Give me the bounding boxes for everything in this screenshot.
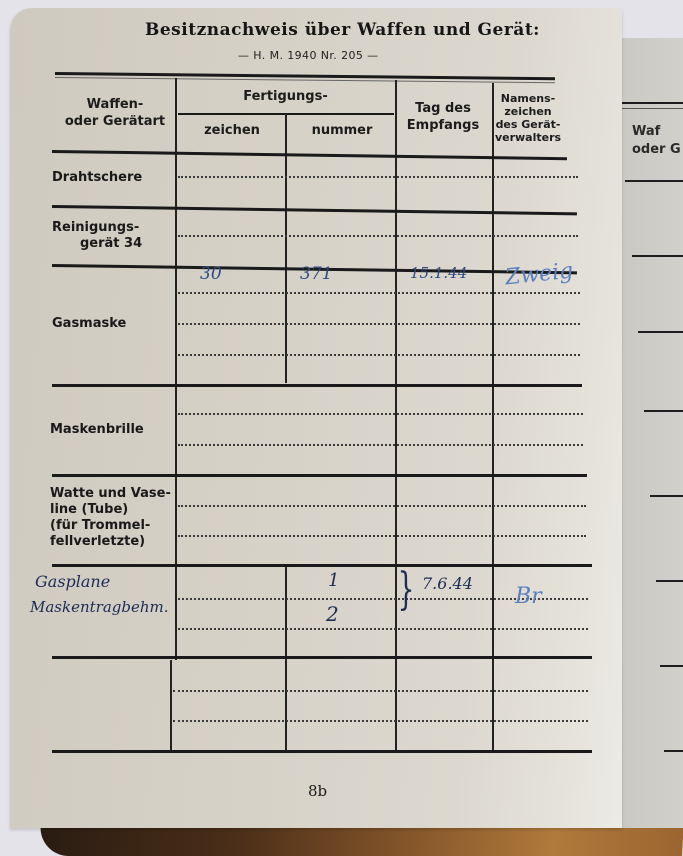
brace-symbol: } bbox=[398, 568, 415, 612]
handwritten-item-gasplane: Gasplane bbox=[35, 572, 110, 591]
gasmaske-number: 371 bbox=[300, 264, 332, 284]
handwritten-signature: Br bbox=[515, 584, 542, 609]
header-signature: Namens- zeichen des Gerät- verwalters bbox=[488, 92, 568, 144]
facing-page-rule bbox=[632, 255, 683, 257]
facing-page-rule bbox=[650, 495, 683, 497]
header-date-received: Tag des Empfangs bbox=[398, 100, 488, 134]
column-divider bbox=[395, 80, 397, 750]
facing-page-rule bbox=[664, 750, 683, 752]
facing-page-rule bbox=[620, 108, 683, 109]
header-item-type: Waffen- oder Gerätart bbox=[60, 96, 170, 130]
row-label-reinigungsgeraet: Reinigungs- gerät 34 bbox=[52, 220, 142, 252]
document-subtitle: — H. M. 1940 Nr. 205 — bbox=[238, 49, 379, 62]
dotted-entry-line bbox=[178, 323, 580, 325]
dotted-entry-line bbox=[178, 444, 583, 446]
dotted-entry-line bbox=[178, 505, 586, 507]
row-label-maskenbrille: Maskenbrille bbox=[50, 422, 144, 438]
handwritten-item-maskentrag: Maskentragbehm. bbox=[30, 598, 169, 616]
dotted-entry-line bbox=[173, 720, 588, 722]
header-mark: zeichen bbox=[178, 122, 286, 139]
dotted-entry-line bbox=[178, 413, 583, 415]
page-number: 8b bbox=[308, 782, 327, 800]
header-number: nummer bbox=[288, 122, 396, 139]
row-label-drahtschere: Drahtschere bbox=[52, 170, 142, 186]
row-rule bbox=[52, 564, 592, 567]
dotted-entry-line bbox=[178, 292, 580, 294]
dotted-entry-line bbox=[173, 690, 588, 692]
dotted-entry-line bbox=[178, 354, 580, 356]
facing-page-rule bbox=[620, 102, 683, 104]
document-title: Besitznachweis über Waffen und Gerät: bbox=[145, 20, 540, 40]
row-label-watte-vaseline: Watte und Vase- line (Tube) (für Trommel… bbox=[50, 486, 171, 550]
handwritten-number-2: 2 bbox=[326, 602, 339, 626]
dotted-entry-line bbox=[178, 535, 586, 537]
handwritten-number-1: 1 bbox=[328, 570, 339, 591]
dotted-entry-line bbox=[178, 628, 588, 630]
row-rule bbox=[52, 750, 592, 753]
facing-page-header: Waf bbox=[632, 124, 660, 139]
dotted-entry-line bbox=[178, 235, 578, 237]
facing-page-rule bbox=[625, 180, 683, 182]
column-divider bbox=[170, 660, 172, 750]
facing-page-rule bbox=[660, 665, 683, 667]
facing-page-rule bbox=[638, 331, 683, 333]
facing-page-header: oder G bbox=[632, 142, 681, 157]
header-manufacturing: Fertigungs- bbox=[178, 88, 393, 105]
column-divider bbox=[175, 78, 177, 660]
row-rule bbox=[52, 474, 587, 477]
column-divider bbox=[492, 83, 494, 751]
gasmaske-date: 15.1.44 bbox=[410, 264, 467, 282]
dotted-entry-line bbox=[178, 176, 578, 178]
row-rule bbox=[52, 656, 592, 659]
gasmaske-mark: 30 bbox=[200, 264, 222, 284]
facing-page-rule bbox=[644, 410, 683, 412]
facing-page-rule bbox=[656, 580, 683, 582]
handwritten-date: 7.6.44 bbox=[422, 574, 473, 593]
row-rule bbox=[52, 384, 582, 387]
row-label-gasmaske: Gasmaske bbox=[52, 316, 126, 332]
